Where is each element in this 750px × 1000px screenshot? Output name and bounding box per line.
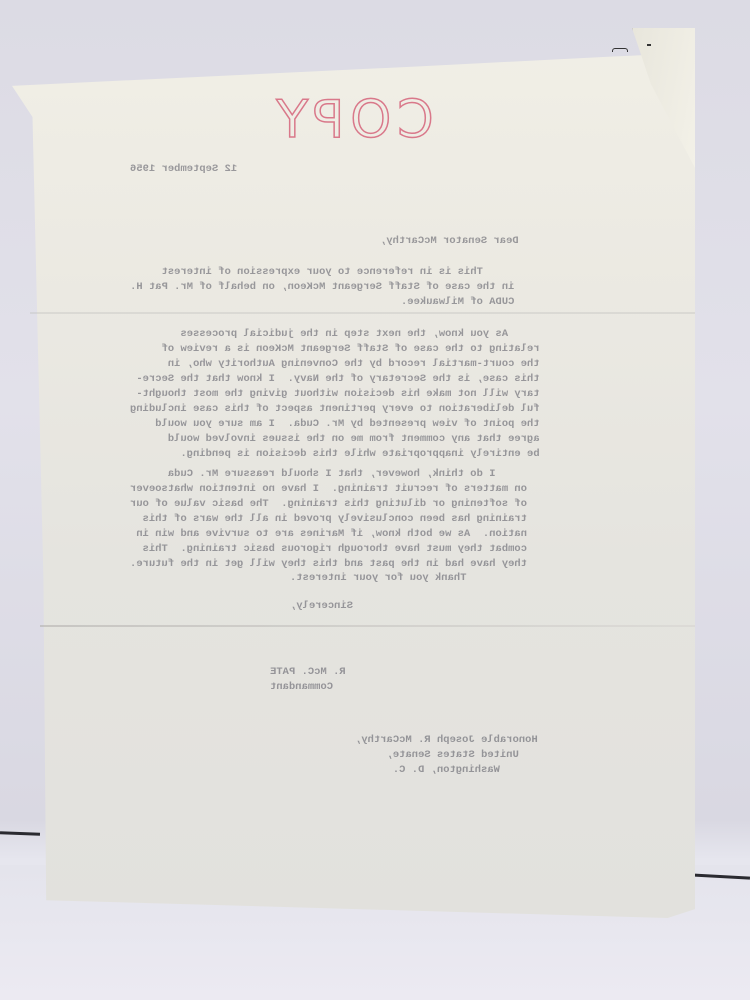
letter-date: 12 September 1956 (130, 162, 237, 177)
paragraph-3: I do think, however, that I should reass… (130, 467, 527, 572)
paragraph-2: As you know, the next step in the judici… (130, 327, 540, 462)
closing: Sincerely, (290, 599, 353, 614)
addressee-block: Honorable Joseph R. McCarthy, United Sta… (355, 733, 538, 778)
fold-crease-lower (40, 625, 695, 627)
signature-block: R. McC. PATE Commandant (270, 665, 346, 695)
staple-icon (612, 48, 628, 52)
paragraph-1: This is in reference to your expression … (130, 265, 514, 310)
fold-crease-upper (30, 312, 695, 314)
background-rail-left (0, 831, 40, 835)
salutation: Dear Senator McCarthy, (380, 234, 519, 249)
staple-mark-icon (647, 44, 651, 46)
closing-line: Thank you for your interest. (290, 571, 466, 586)
copy-stamp: COPY (262, 92, 442, 148)
